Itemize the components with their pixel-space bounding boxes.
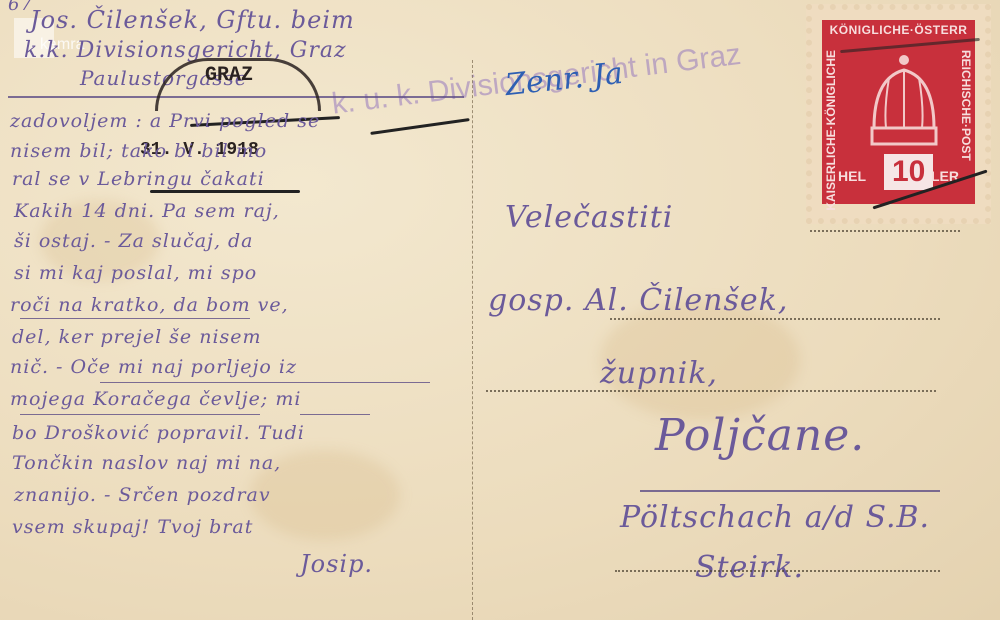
postcard: kamra 67 k. u. k. Divisionsgericht in Gr… xyxy=(0,0,1000,620)
postage-stamp: KÖNIGLICHE·ÖSTERR KAISERLICHE·KÖNIGLICHE… xyxy=(806,4,991,224)
underline xyxy=(20,318,250,319)
message-line: znanijo. - Srčen pozdrav xyxy=(14,484,271,506)
address-dotted-line xyxy=(810,230,960,232)
card-divider xyxy=(472,60,473,620)
underline xyxy=(300,414,370,415)
message-line: roči na kratko, da bom ve, xyxy=(10,294,289,316)
underline xyxy=(100,382,430,383)
sender-line-1: Jos. Čilenšek, Gftu. beim xyxy=(30,6,355,34)
address-line-1: Velečastiti xyxy=(505,200,673,235)
message-line: vsem skupaj! Tvoj brat xyxy=(12,516,253,538)
underline xyxy=(20,414,260,415)
message-line: si mi kaj poslal, mi spo xyxy=(14,262,257,284)
message-line: nič. - Oče mi naj porljejo iz xyxy=(10,356,297,378)
address-line-5: Pöltschach a/d S.B. xyxy=(620,500,930,535)
message-line: ši ostaj. - Za slučaj, da xyxy=(14,230,254,252)
stamp-top-text: KÖNIGLICHE·ÖSTERR xyxy=(822,23,975,37)
stamp-denomination: 10 xyxy=(884,154,933,190)
message-line: zadovoljem : a Prvi pogled se xyxy=(10,110,320,132)
address-line-6: Steirk. xyxy=(695,550,804,585)
postmark-bar xyxy=(150,190,300,193)
address-dotted-line xyxy=(610,318,940,320)
stamp-hel: HEL xyxy=(838,168,866,184)
address-underline xyxy=(640,490,940,492)
postmark-bar xyxy=(370,118,469,135)
address-line-3: župnik, xyxy=(600,356,718,391)
address-line-4: Poljčane. xyxy=(655,410,865,461)
address-line-2: gosp. Al. Čilenšek, xyxy=(488,283,788,318)
sender-line-2: k.k. Divisionsgericht, Graz xyxy=(24,38,347,63)
message-line: ral se v Lebringu čakati xyxy=(12,168,265,190)
postmark-city: GRAZ xyxy=(205,64,253,87)
address-dotted-line xyxy=(486,390,936,392)
message-line: Tončkin naslov naj mi na, xyxy=(12,452,281,474)
message-line: nisem bil; tako bi bil mo xyxy=(10,140,267,162)
blue-annotation: Zenr. Ja xyxy=(503,56,624,103)
stamp-left-text: KAISERLICHE·KÖNIGLICHE xyxy=(824,50,838,211)
signature: Josip. xyxy=(300,550,373,578)
stamp-right-text: REICHISCHE·POST xyxy=(959,50,973,161)
address-dotted-line xyxy=(615,570,940,572)
message-line: bo Drošković popravil. Tudi xyxy=(12,422,305,444)
message-line: mojega Koračega čevlje; mi xyxy=(10,388,301,410)
crown-icon xyxy=(864,48,944,158)
message-line: Kakih 14 dni. Pa sem raj, xyxy=(14,200,280,222)
message-line: del, ker prejel še nisem xyxy=(12,326,262,348)
